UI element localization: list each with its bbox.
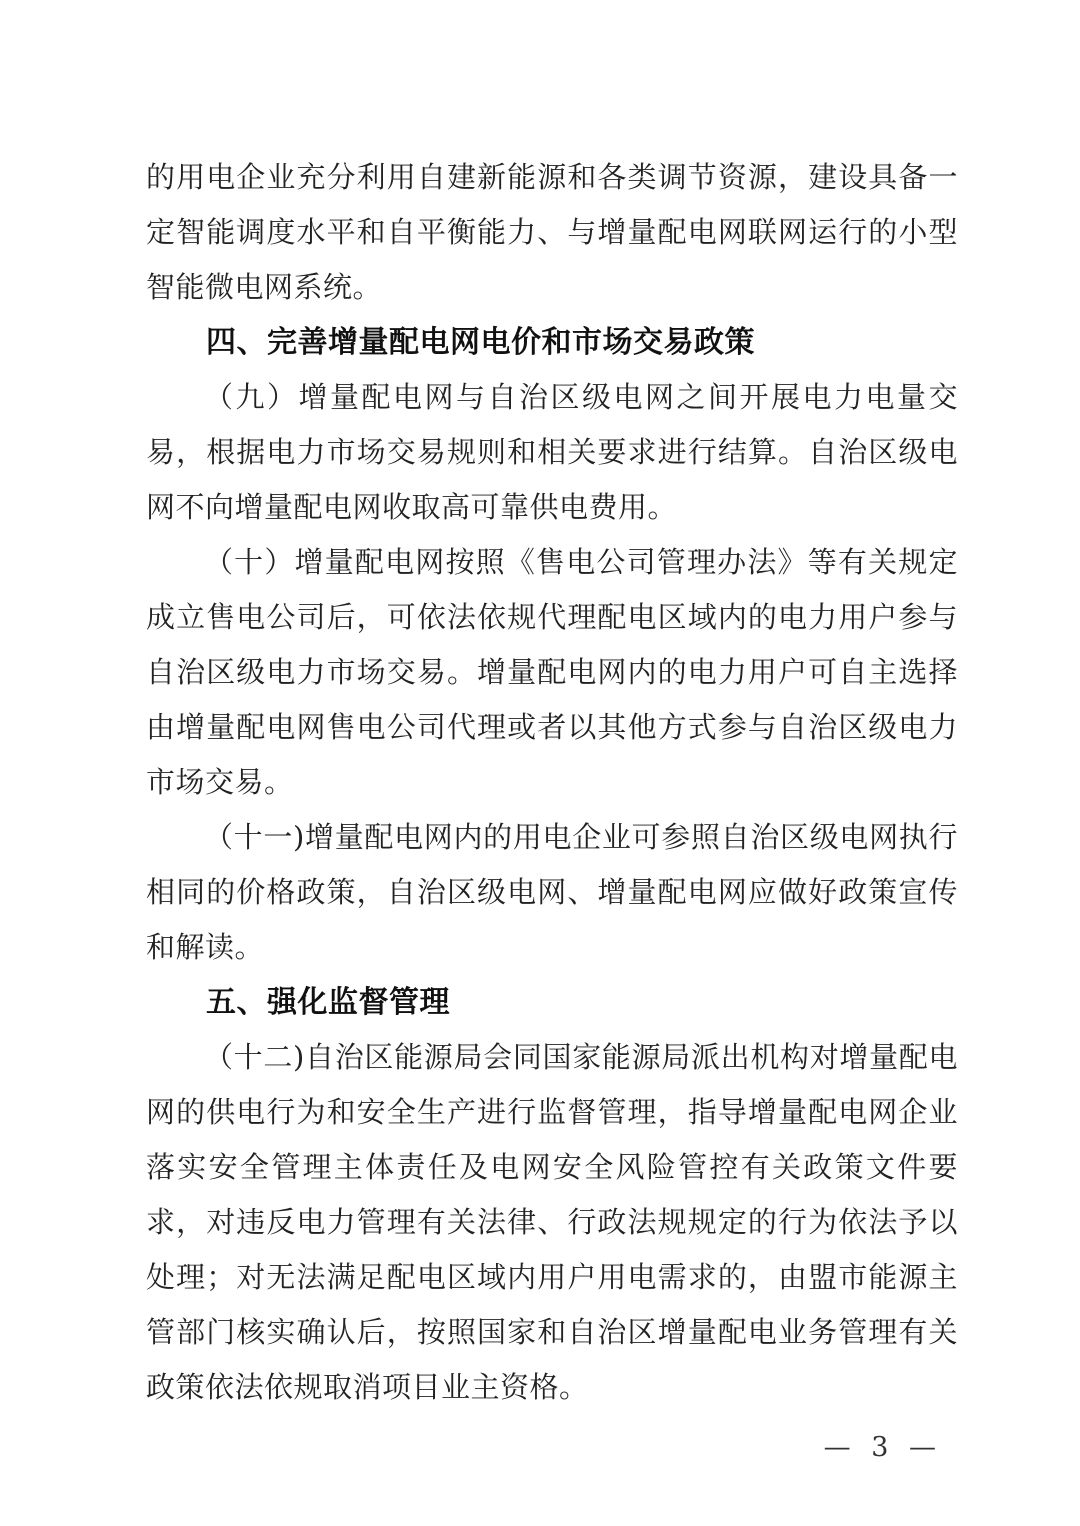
paragraph-item-ten: （十）增量配电网按照《售电公司管理办法》等有关规定成立售电公司后，可依法依规代理… <box>146 535 958 810</box>
section-heading-five: 五、强化监督管理 <box>146 975 958 1030</box>
paragraph-item-eleven: （十一)增量配电网内的用电企业可参照自治区级电网执行相同的价格政策，自治区级电网… <box>146 810 958 975</box>
paragraph-continuation: 的用电企业充分利用自建新能源和各类调节资源，建设具备一定智能调度水平和自平衡能力… <box>146 150 958 315</box>
paragraph-item-nine: （九）增量配电网与自治区级电网之间开展电力电量交易，根据电力市场交易规则和相关要… <box>146 370 958 535</box>
document-page: 的用电企业充分利用自建新能源和各类调节资源，建设具备一定智能调度水平和自平衡能力… <box>0 0 1080 1526</box>
section-heading-four: 四、完善增量配电网电价和市场交易政策 <box>146 315 958 370</box>
paragraph-item-twelve: （十二)自治区能源局会同国家能源局派出机构对增量配电网的供电行为和安全生产进行监… <box>146 1030 958 1415</box>
page-number: — 3 — <box>824 1430 942 1466</box>
document-body: 的用电企业充分利用自建新能源和各类调节资源，建设具备一定智能调度水平和自平衡能力… <box>146 150 958 1415</box>
